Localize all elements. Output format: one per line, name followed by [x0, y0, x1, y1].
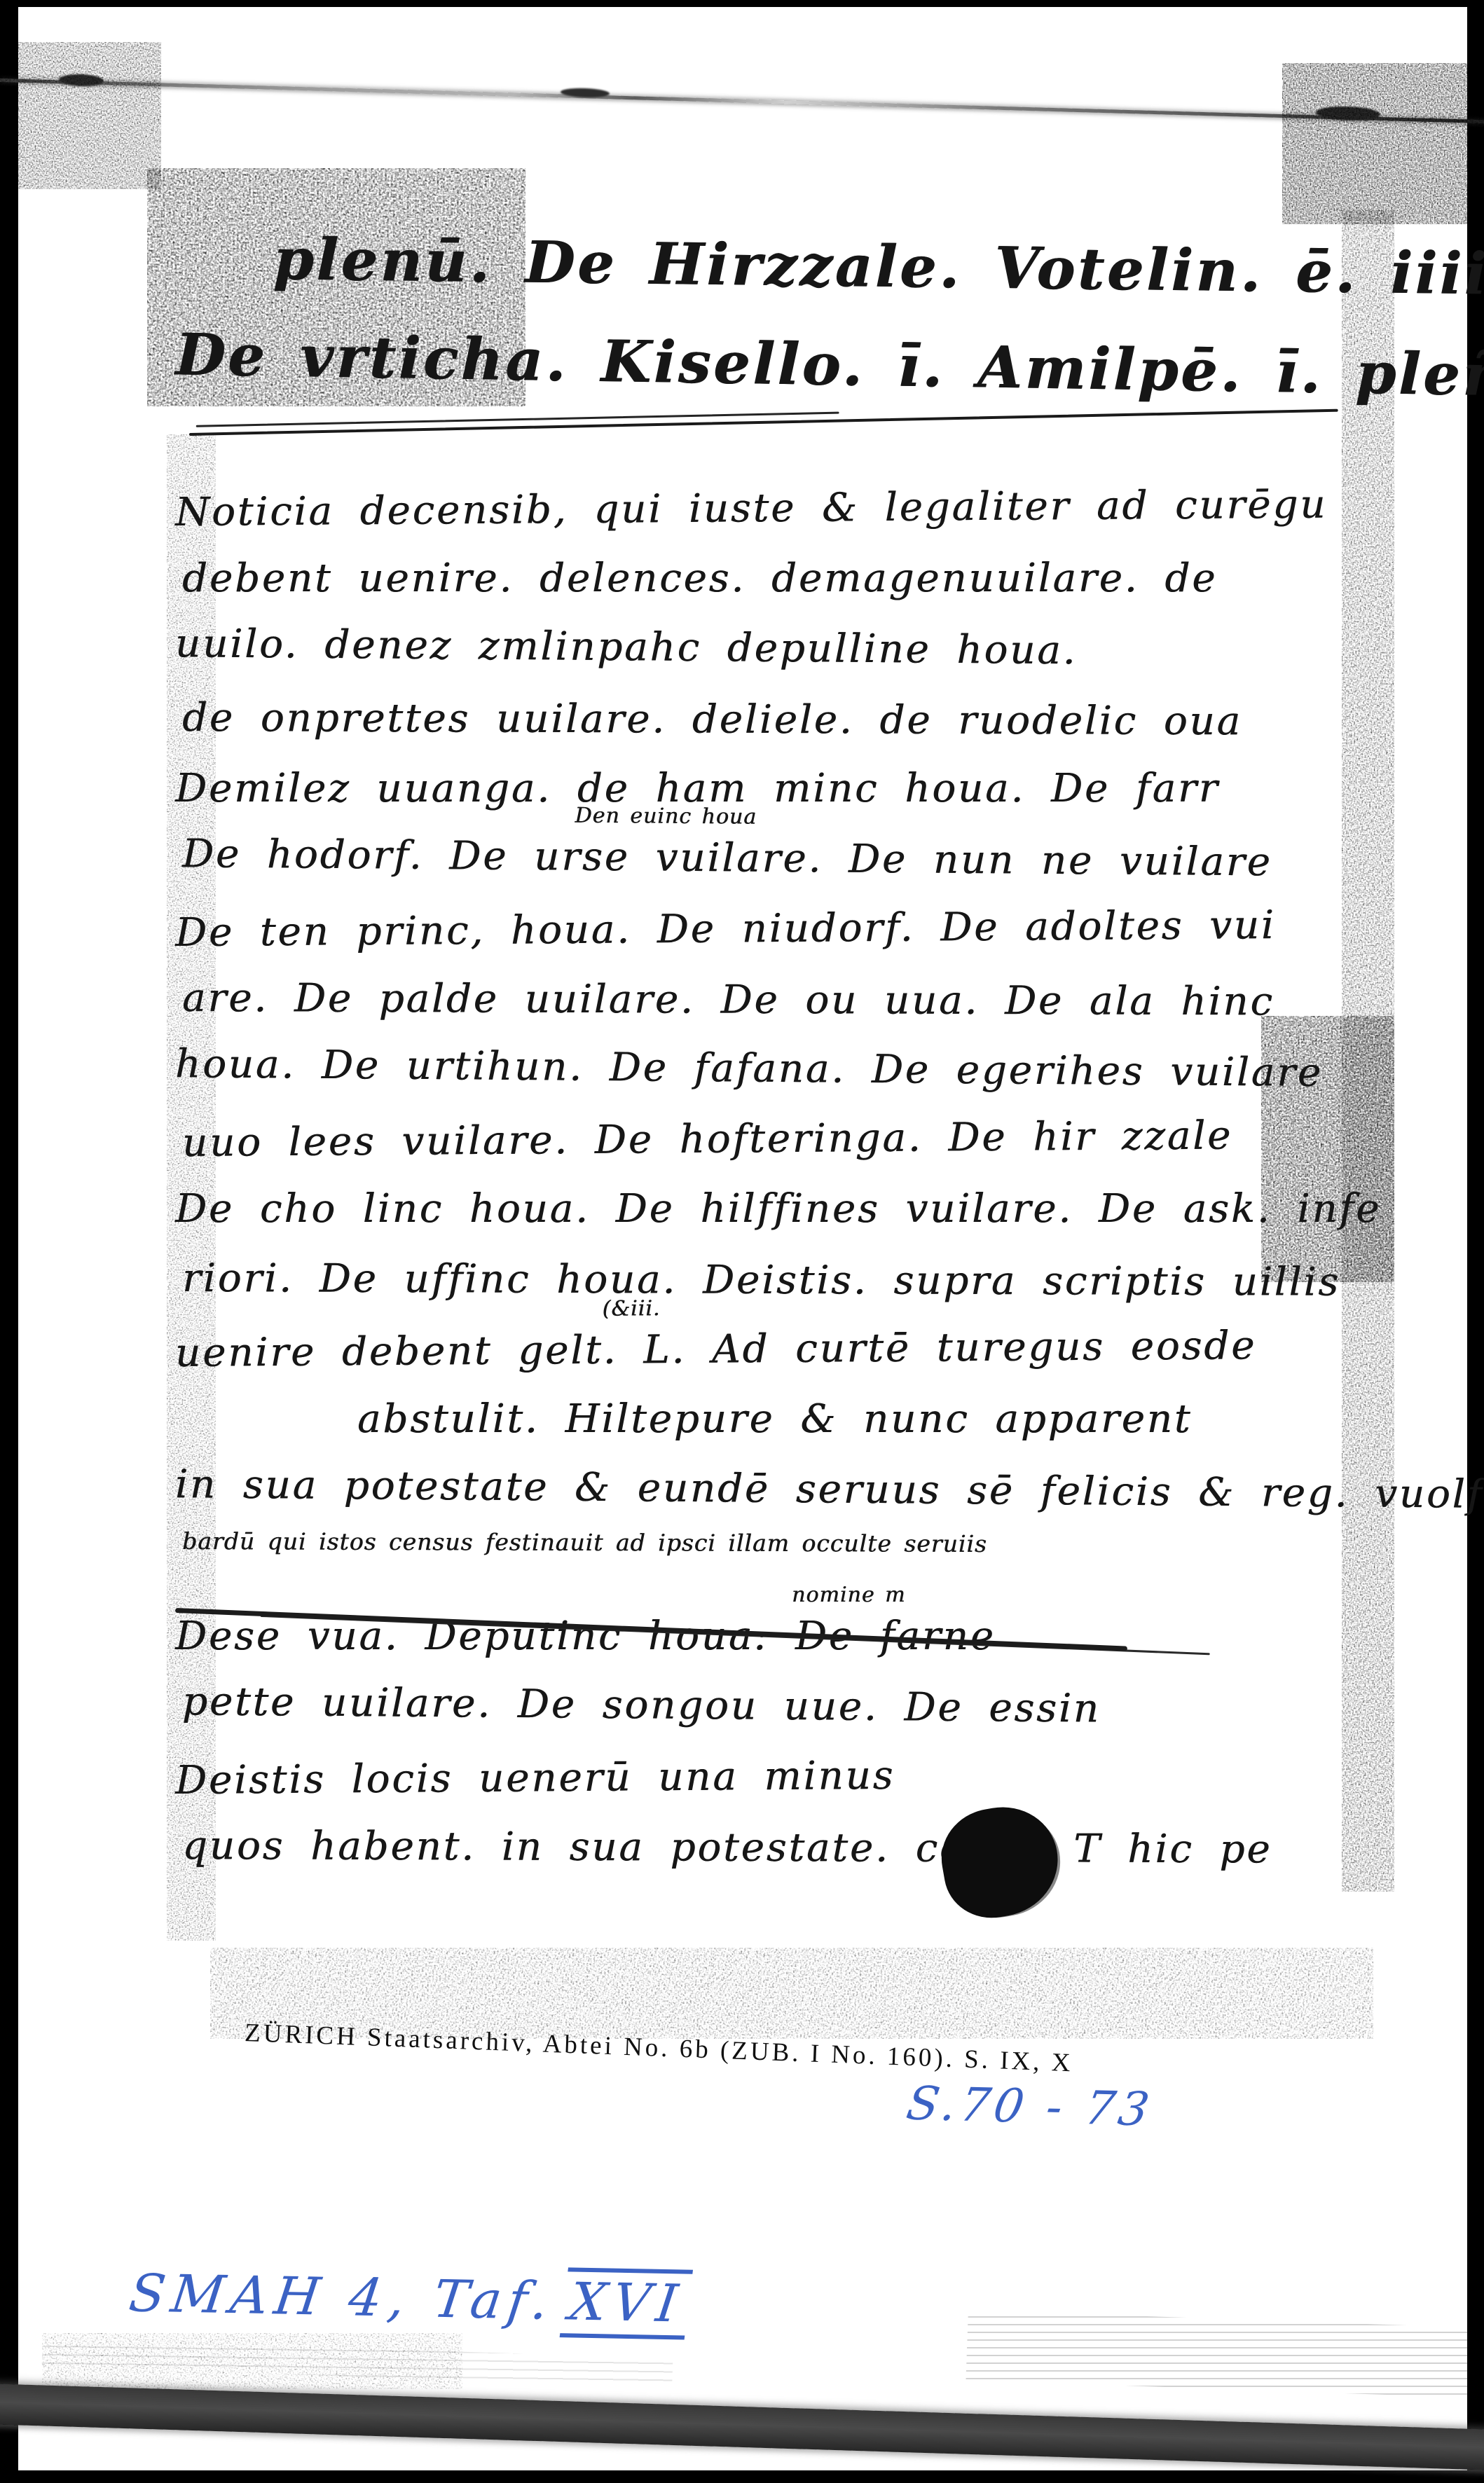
manuscript-line: quos habent. in sua potestate. cozpt. T …: [182, 1813, 1387, 1887]
manuscript-line: Den euinc houaDe hodorf. De urse vuilare…: [182, 820, 1388, 900]
scan-streaks: [966, 2310, 1484, 2398]
manuscript-line: pette uuilare. De songou uue. De essin: [182, 1668, 1388, 1748]
toner-speckle-patch: [1282, 63, 1484, 224]
manuscript-line: uuilo. denez zmlinpahc depulline houa.: [175, 610, 1388, 690]
interlinear-gloss: Den euinc houa: [575, 806, 757, 828]
interlinear-gloss: nomine m: [792, 1585, 905, 1606]
toner-speckle-patch: [0, 42, 161, 189]
manuscript-line: are. De palde uuilare. De ou uua. De ala…: [182, 965, 1387, 1039]
catalog-note-numeral: XVI: [560, 2267, 694, 2339]
manuscript-inserted-line: bardū qui istos census festinauit ad ips…: [182, 1525, 1387, 1576]
manuscript-line: (&iii.uenire debent gelt. L. Ad curtē tu…: [175, 1312, 1388, 1390]
crease-line: [0, 78, 1484, 124]
manuscript-line: Noticia decensib, qui iuste & legaliter …: [175, 471, 1388, 549]
manuscript-line: abstulit. Hiltepure & nunc apparent: [182, 1386, 1387, 1456]
scan-border-bottom: [0, 2470, 1484, 2483]
manuscript-line: Deistis locis uenerū una minus: [175, 1739, 1388, 1817]
manuscript-line: De cho linc houa. De hilffines vuilare. …: [175, 1176, 1387, 1246]
manuscript-line: debent uenire. delences. demagenuuilare.…: [182, 545, 1387, 615]
scan-shadow-band: [0, 2384, 1484, 2471]
handwritten-catalog-note: SMAH 4, Taf.XVI: [126, 2263, 693, 2334]
manuscript-line: riori. De uffinc houa. Deistis. supra sc…: [182, 1245, 1387, 1319]
scan-border-left: [0, 0, 18, 2483]
manuscript-line: de onprettes uuilare. deliele. de ruodel…: [182, 685, 1387, 759]
scan-border-top: [0, 0, 1484, 7]
manuscript-line: De ten princ, houa. De niudorf. De adolt…: [175, 891, 1388, 970]
scanned-manuscript-page: plenū. De Hirzzale. Votelin. ē. iiii. De…: [0, 0, 1484, 2483]
manuscript-body: Noticia decensib, qui iuste & legaliter …: [175, 475, 1387, 1883]
handwritten-page-note: S.70 - 73: [903, 2077, 1157, 2137]
interlinear-gloss: (&iii.: [602, 1298, 660, 1320]
manuscript-line: Demilez uuanga. de ham minc houa. De far…: [175, 755, 1387, 825]
manuscript-line: nomine mDese vua. Deputinc houa: De farn…: [175, 1603, 1387, 1673]
catalog-note-prefix: SMAH 4, Taf.: [126, 2263, 558, 2331]
manuscript-line: houa. De urtihun. De fafana. De egerihes…: [175, 1031, 1388, 1110]
manuscript-heading-line: plenū. De Hirzzale. Votelin. ē. iiii.: [273, 210, 1388, 329]
manuscript-line: uuo lees vuilare. De hofteringa. De hir …: [182, 1101, 1388, 1180]
manuscript-line: in sua potestate & eundē seruus sē felic…: [175, 1451, 1388, 1531]
